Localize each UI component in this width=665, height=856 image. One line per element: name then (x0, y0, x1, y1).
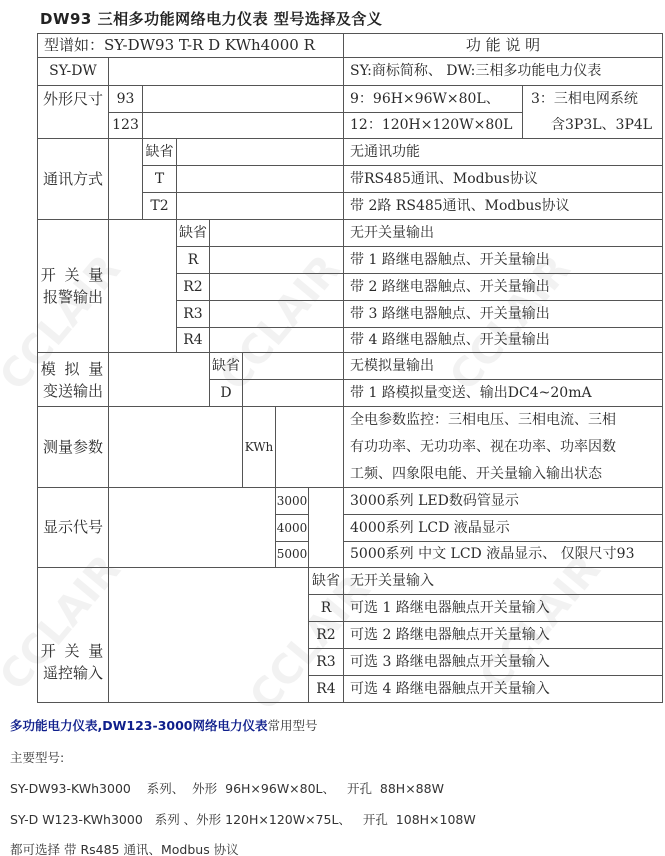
alarm-code: R4 (176, 327, 210, 353)
measure-desc-line: 有功功率、无功功率、视在功率、功率因数 (350, 434, 616, 461)
display-code: 4000 (275, 514, 309, 542)
size-desc: 9：96H×96W×80L、 (343, 85, 523, 113)
alarm-desc: 带 3 路继电器触点、开关量输出 (343, 300, 663, 328)
alarm-label: 报警输出 (43, 286, 103, 308)
remote-code: 缺省 (308, 567, 344, 595)
header-model-example: 型谱如：SY-DW93 T-R D KWh4000 R (37, 33, 344, 58)
alarm-blank (209, 273, 344, 301)
model-line: SY-D W123-KWh3000 系列 、外形 120H×120W×75L、 … (10, 810, 476, 828)
measure-code: KWh (242, 406, 276, 488)
footer-heading-link[interactable]: 多功能电力仪表,DW123-3000网络电力仪表 (10, 718, 267, 733)
comm-desc: 带 2路 RS485通讯、Modbus协议 (343, 192, 663, 220)
remote-label: 开 关 量 (41, 640, 106, 662)
page-title: DW93 三相多功能网络电力仪表 型号选择及含义 (40, 8, 382, 29)
analog-desc: 带 1 路模拟量变送、输出DC4~20mA (343, 379, 663, 407)
comm-label: 通讯方式 (37, 138, 109, 220)
comm-desc: 带RS485通讯、Modbus协议 (343, 165, 663, 193)
size-blank (142, 112, 344, 139)
measure-desc: 全电参数监控：三相电压、三相电流、三相 有功功率、无功功率、视在功率、功率因数 … (343, 406, 663, 488)
remote-code: R4 (308, 675, 344, 703)
size-code: 123 (108, 112, 143, 139)
alarm-blank (209, 300, 344, 328)
remote-code: R2 (308, 621, 344, 649)
analog-label-cell: 模 拟 量 变送输出 (37, 352, 109, 407)
remote-code: R3 (308, 648, 344, 676)
remote-spacer (108, 567, 309, 703)
alarm-code: R3 (176, 300, 210, 328)
display-desc: 5000系列 中文 LCD 液晶显示、 仅限尺寸93 (343, 541, 663, 568)
display-blank (308, 487, 344, 568)
alarm-code: R (176, 246, 210, 274)
comm-code: T (142, 165, 177, 193)
remote-desc: 可选 1 路继电器触点开关量输入 (343, 594, 663, 622)
measure-blank (275, 406, 344, 488)
alarm-code: R2 (176, 273, 210, 301)
analog-code: 缺省 (209, 352, 243, 380)
alarm-blank (209, 327, 344, 353)
comm-desc: 无通讯功能 (343, 138, 663, 166)
footer-heading-rest: 常用型号 (267, 718, 317, 733)
remote-code: R (308, 594, 344, 622)
remote-desc: 可选 4 路继电器触点开关量输入 (343, 675, 663, 703)
display-desc: 3000系列 LED数码管显示 (343, 487, 663, 515)
comm-blank (176, 192, 344, 220)
analog-blank (242, 352, 344, 380)
footer-heading: 多功能电力仪表,DW123-3000网络电力仪表常用型号 (10, 716, 318, 734)
analog-blank (242, 379, 344, 407)
system-note-line: 3：三相电网系统 (531, 86, 638, 112)
measure-desc-line: 工频、四象限电能、开关量输入输出状态 (350, 461, 602, 488)
alarm-desc: 带 2 路继电器触点、开关量输出 (343, 273, 663, 301)
analog-spacer (108, 352, 210, 407)
remote-desc: 可选 3 路继电器触点开关量输入 (343, 648, 663, 676)
model-line: SY-DW93-KWh3000 系列、 外形 96H×96W×80L、 开孔 8… (10, 779, 444, 797)
alarm-desc: 带 1 路继电器触点、开关量输出 (343, 246, 663, 274)
brand-desc: SY:商标简称、 DW:三相多功能电力仪表 (343, 57, 663, 86)
display-code: 3000 (275, 487, 309, 515)
system-note-line: 含3P3L、3P4L (531, 112, 652, 138)
size-label-cell: 外形尺寸 (37, 85, 109, 139)
alarm-blank (209, 246, 344, 274)
size-label: 外形尺寸 (43, 86, 103, 113)
display-code: 5000 (275, 541, 309, 568)
brand-code: SY-DW (37, 57, 109, 86)
comm-blank (176, 165, 344, 193)
comm-code: T2 (142, 192, 177, 220)
main-models-label: 主要型号: (10, 748, 64, 766)
measure-label: 测量参数 (37, 406, 109, 488)
header-function: 功 能 说 明 (343, 33, 663, 58)
alarm-label-cell: 开 关 量 报警输出 (37, 219, 109, 353)
alarm-spacer (108, 219, 177, 353)
analog-code: D (209, 379, 243, 407)
measure-desc-line: 全电参数监控：三相电压、三相电流、三相 (350, 407, 616, 434)
remote-label: 遥控输入 (43, 662, 103, 684)
size-code: 93 (108, 85, 143, 113)
comm-code: 缺省 (142, 138, 177, 166)
display-spacer (108, 487, 276, 568)
analog-label: 模 拟 量 (41, 358, 106, 380)
alarm-blank (209, 219, 344, 247)
remote-label-cell: 开 关 量 遥控输入 (37, 567, 109, 703)
measure-spacer (108, 406, 243, 488)
analog-label: 变送输出 (43, 380, 103, 402)
display-label: 显示代号 (37, 487, 109, 568)
comm-blank (176, 138, 344, 166)
remote-desc: 无开关量输入 (343, 567, 663, 595)
display-desc: 4000系列 LCD 液晶显示 (343, 514, 663, 542)
comm-spacer (108, 138, 143, 220)
brand-blank (108, 57, 344, 86)
alarm-desc: 无开关量输出 (343, 219, 663, 247)
alarm-code: 缺省 (176, 219, 210, 247)
options-line: 都可选择 带 Rs485 通讯、Modbus 协议 (10, 840, 239, 856)
system-note: 3：三相电网系统 含3P3L、3P4L (522, 85, 663, 139)
alarm-label: 开 关 量 (41, 264, 106, 286)
remote-desc: 可选 2 路继电器触点开关量输入 (343, 621, 663, 649)
analog-desc: 无模拟量输出 (343, 352, 663, 380)
size-desc: 12：120H×120W×80L (343, 112, 523, 139)
size-blank (142, 85, 344, 113)
alarm-desc: 带 4 路继电器触点、开关量输出 (343, 327, 663, 353)
